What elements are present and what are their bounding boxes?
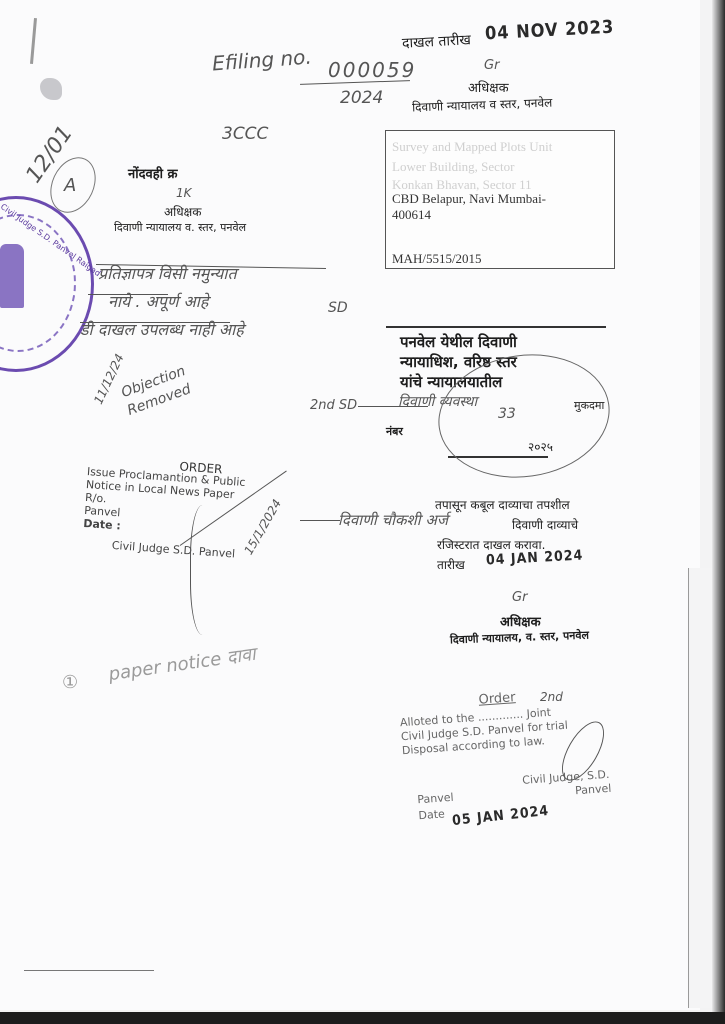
allotment-date-label: Date (418, 807, 445, 822)
filing-date: 04 NOV 2023 (485, 17, 615, 45)
court-line-1: पनवेल येथील दिवाणी (400, 332, 517, 352)
address-faded-line-2: Lower Building, Sector (392, 159, 514, 175)
filing-officer-title: अधिक्षक (468, 78, 509, 96)
scan-edge-bottom (0, 1012, 725, 1024)
registration-handwritten: दिवाणी चौकशी अर्ज (338, 510, 448, 530)
register-officer-title: अधिक्षक (164, 203, 201, 220)
register-entry-label: नोंदवही क्र (128, 164, 178, 182)
allotment-initial: 2nd (540, 690, 563, 704)
allotment-title: Order (478, 690, 516, 708)
registration-officer-court: दिवाणी न्यायालय, व. स्तर, पनवेल (450, 628, 589, 648)
pen-mark (30, 18, 37, 64)
registration-line-2: दिवाणी दाव्याचे (512, 516, 578, 533)
second-sd-line (358, 406, 428, 407)
objection-strike-3 (80, 322, 230, 323)
court-number-label: नंबर (386, 424, 403, 439)
scan-edge-right (712, 0, 725, 1024)
registration-dash (300, 520, 340, 521)
allotment-place: Panvel (417, 791, 454, 806)
order-sign-date: 15/1/2024 (241, 497, 284, 557)
document-page: Efiling no. 000059 2024 दाखल तारीख 04 NO… (0, 0, 700, 1010)
order-date-label: Date : (83, 517, 121, 533)
registration-initial: Gr (512, 590, 527, 605)
smudge-mark (40, 78, 62, 100)
address-box: Survey and Mapped Plots Unit Lower Build… (385, 130, 615, 269)
efiling-number: 000059 (328, 58, 416, 82)
registration-line-1: तपासून कबूल दाव्याचा तपशील (435, 496, 570, 513)
allotment-stamp: Order Alloted to the ............. Joint… (398, 682, 637, 699)
order-signature-loop (190, 505, 221, 635)
objection-sd-mark: SD (328, 300, 348, 316)
allotment-date: 05 JAN 2024 (451, 803, 549, 829)
order-stamp: ORDER Issue Proclamantion & Public Notic… (88, 453, 288, 467)
filing-initial: Gr (484, 58, 499, 73)
national-emblem-icon (0, 244, 24, 308)
address-city: CBD Belapur, Navi Mumbai- (392, 191, 546, 207)
underlying-page-edge (688, 568, 715, 1008)
registration-officer-title: अधिक्षक (500, 612, 541, 630)
paper-notice-text: paper notice दावा (107, 642, 257, 686)
side-note-initial: A (64, 175, 76, 196)
efiling-label: Efiling no. (211, 45, 312, 76)
second-sd-mark: 2nd SD (310, 398, 357, 413)
address-registration: MAH/5515/2015 (392, 251, 482, 267)
paper-notice-marker: ① (62, 672, 78, 693)
filing-officer-court: दिवाणी न्यायालय व स्तर, पनवेल (412, 94, 553, 116)
register-initial: 1K (176, 186, 192, 200)
bottom-rule (24, 970, 154, 971)
register-officer-court: दिवाणी न्यायालय व. स्तर, पनवेल (114, 220, 246, 235)
allotment-signatory-place: Panvel (575, 782, 612, 797)
filing-date-label: दाखल तारीख (402, 30, 472, 53)
registration-date-label: तारीख (437, 556, 465, 573)
objection-strike-2 (88, 294, 168, 295)
efiling-year: 2024 (340, 88, 383, 108)
address-pin: 400614 (392, 207, 431, 223)
register-code: 3CCC (222, 124, 268, 144)
address-faded-line-1: Survey and Mapped Plots Unit (392, 139, 552, 155)
court-block-top-rule (386, 326, 606, 328)
objection-date: 11/12/24 (91, 352, 126, 407)
